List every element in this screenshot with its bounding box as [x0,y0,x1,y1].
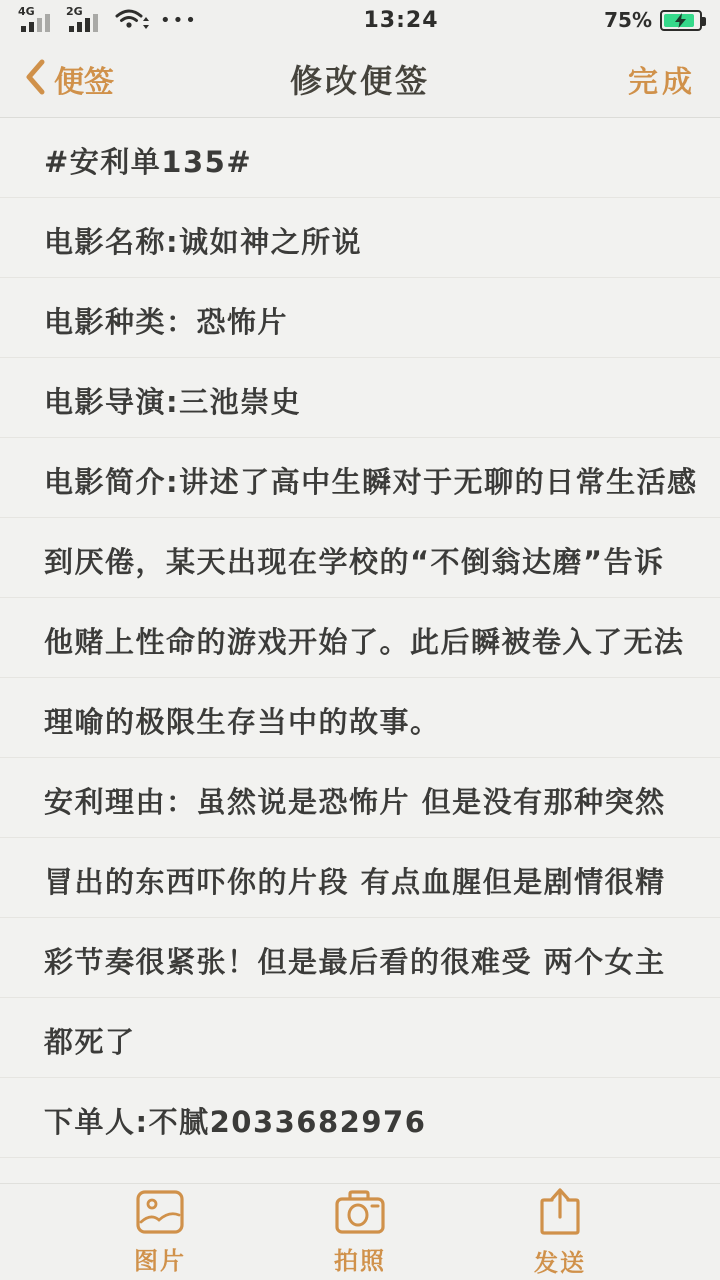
send-icon [535,1187,585,1237]
note-line[interactable]: 电影种类：恐怖片 [0,278,720,358]
note-line[interactable]: 理喻的极限生存当中的故事。 [0,678,720,758]
camera-icon [334,1189,386,1235]
note-line[interactable]: 下单人:不腻2033682976 [0,1078,720,1158]
insert-picture-label: 图片 [134,1241,186,1276]
battery-charging-icon [660,10,702,31]
notes-app-screen: 4G 2G [0,0,720,1280]
status-bar: 4G 2G [0,0,720,40]
take-photo-button[interactable]: 拍照 [300,1189,420,1276]
signal-4g-icon: 4G [18,5,56,36]
take-photo-label: 拍照 [334,1241,386,1276]
insert-picture-button[interactable]: 图片 [100,1189,220,1276]
back-button[interactable]: 便签 [24,57,204,101]
note-line[interactable]: 电影名称:诚如神之所说 [0,198,720,278]
bottom-toolbar: 图片 拍照 发送 [0,1183,720,1280]
note-line[interactable]: 电影导演:三池崇史 [0,358,720,438]
signal-2g-icon: 2G [66,5,104,36]
page-title: 修改便签 [204,56,516,102]
note-line[interactable]: 电影简介:讲述了高中生瞬对于无聊的日常生活感 [0,438,720,518]
note-line[interactable]: #安利单135# [0,118,720,198]
more-status-icon: ••• [160,12,198,36]
note-line[interactable]: 到厌倦，某天出现在学校的“不倒翁达磨”告诉 [0,518,720,598]
note-editor[interactable]: #安利单135# 电影名称:诚如神之所说 电影种类：恐怖片 电影导演:三池崇史 … [0,118,720,1183]
image-icon [135,1189,185,1235]
wifi-icon [114,5,150,36]
send-button[interactable]: 发送 [500,1187,620,1278]
done-button[interactable]: 完成 [516,57,696,101]
note-line[interactable]: 都死了 [0,998,720,1078]
note-line[interactable]: 彩节奏很紧张！但是最后看的很难受 两个女主 [0,918,720,998]
back-button-label: 便签 [54,57,114,101]
svg-text:4G: 4G [18,5,35,18]
nav-bar: 便签 修改便签 完成 [0,40,720,118]
note-line[interactable]: 冒出的东西吓你的片段 有点血腥但是剧情很精 [0,838,720,918]
note-line[interactable]: 他赌上性命的游戏开始了。此后瞬被卷入了无法 [0,598,720,678]
clock: 13:24 [198,8,604,33]
chevron-left-icon [24,58,46,100]
svg-text:2G: 2G [66,5,83,18]
send-label: 发送 [534,1243,586,1278]
note-line[interactable]: 安利理由：虽然说是恐怖片 但是没有那种突然 [0,758,720,838]
status-left-icons: 4G 2G [18,5,198,36]
battery-percent: 75% [604,8,652,32]
